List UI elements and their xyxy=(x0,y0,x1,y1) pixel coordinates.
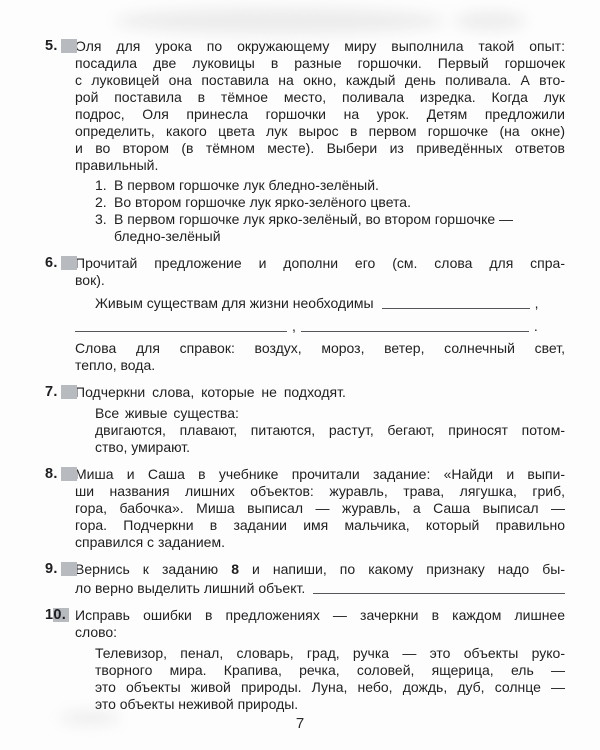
option-text-line: В первом горшочке лук ярко-зелёный, во в… xyxy=(114,211,565,228)
text-line: это объекты неживой природы. xyxy=(95,696,565,713)
option-text: Во втором горшочке лук ярко-зелёного цве… xyxy=(114,194,565,211)
text-line: гора. Подчеркни в задании имя мальчика, … xyxy=(75,517,565,534)
answer-options-list: 1. В первом горшочке лук бледно-зелёный.… xyxy=(75,177,565,245)
badge-highlight xyxy=(61,39,77,53)
text-line: Вернись к заданию 8 и напиши, по какому … xyxy=(75,561,565,578)
text-line: тепло, вода. xyxy=(75,357,565,374)
task-number-label: 5. xyxy=(45,38,58,54)
text-line: правильный. xyxy=(75,157,565,174)
task-6-body: Прочитай предложение и дополни его (см. … xyxy=(75,255,565,374)
text-line: гора, бабочка». Миша выписал — журавль, … xyxy=(75,500,565,517)
task-number-label: 10. xyxy=(45,607,66,623)
text-line: Миша и Саша в учебнике прочитали задание… xyxy=(75,466,565,483)
option-marker: 3. xyxy=(95,211,114,245)
task-number-label: 6. xyxy=(45,255,58,271)
sentence-text: Живым существам для жизни необходимы xyxy=(95,295,374,312)
option-marker: 1. xyxy=(95,177,114,194)
page-content: 5. Оля для урока по окружающему миру вып… xyxy=(45,38,565,723)
fill-in-line: ло верно выделить лишний объект. xyxy=(75,578,565,597)
text-line: Слова для справок: воздух, мороз, ветер,… xyxy=(75,340,565,357)
option-text: В первом горшочке лук ярко-зелёный, во в… xyxy=(114,211,565,245)
task-7-number: 7. xyxy=(45,384,75,456)
task-5: 5. Оля для урока по окружающему миру вып… xyxy=(45,38,565,245)
text-line: Все живые существа: xyxy=(95,405,565,422)
task-number-label: 9. xyxy=(45,561,58,577)
task-5-body: Оля для урока по окружающему миру выполн… xyxy=(75,38,565,245)
page-number: 7 xyxy=(0,715,600,732)
task-6-number: 6. xyxy=(45,255,75,374)
task-number-label: 8. xyxy=(45,466,58,482)
text-line: определить, какого цвета лук вырос в пер… xyxy=(75,123,565,140)
task-9: 9. Вернись к заданию 8 и напиши, по како… xyxy=(45,561,565,597)
text-line: Подчеркни слова, которые не подходят. xyxy=(75,384,565,401)
task-8-body: Миша и Саша в учебнике прочитали задание… xyxy=(75,466,565,551)
text-line: рой поставила в тёмное место, поливала и… xyxy=(75,89,565,106)
badge-highlight xyxy=(61,256,77,270)
text-line: ство, умирают. xyxy=(95,439,565,456)
reference-words: Слова для справок: воздух, мороз, ветер,… xyxy=(75,340,565,374)
task-8-number: 8. xyxy=(45,466,75,551)
text-line: вок). xyxy=(75,272,565,289)
task-number-label: 7. xyxy=(45,384,58,400)
text-line: и во втором (в тёмном месте). Выбери из … xyxy=(75,140,565,157)
task-10: 10. Исправь ошибки в предложениях — заче… xyxy=(45,607,565,713)
text-line: ши названия лишних объектов: журавль, тр… xyxy=(75,483,565,500)
sentence-text: ло верно выделить лишний объект. xyxy=(75,580,305,597)
scan-bleedthrough-smudge xyxy=(115,8,445,34)
text-line: творного мира. Крапива, речка, соловей, … xyxy=(95,662,565,679)
answer-option-1: 1. В первом горшочке лук бледно-зелёный. xyxy=(95,177,565,194)
punctuation: . xyxy=(534,318,538,335)
answer-blank xyxy=(313,590,565,594)
text-line: подрос, Оля принесла горшочки на урок. Д… xyxy=(75,106,565,123)
task-6: 6. Прочитай предложение и дополни его (с… xyxy=(45,255,565,374)
task-8: 8. Миша и Саша в учебнике прочитали зада… xyxy=(45,466,565,551)
text-line: с луковицей она поставила на окно, кажды… xyxy=(75,72,565,89)
sentence-text: Вернись к заданию xyxy=(75,561,231,577)
task-7-body: Подчеркни слова, которые не подходят. Вс… xyxy=(75,384,565,456)
text-line: Исправь ошибки в предложениях — зачеркни… xyxy=(75,607,565,624)
answer-blank xyxy=(301,328,529,332)
option-marker: 2. xyxy=(95,194,114,211)
task-9-body: Вернись к заданию 8 и напиши, по какому … xyxy=(75,561,565,597)
text-line: посадила две луковицы в разные горшочки.… xyxy=(75,55,565,72)
text-line: справился с заданием. xyxy=(75,534,565,551)
text-line: это объекты живой природы. Луна, небо, д… xyxy=(95,679,565,696)
answer-blank xyxy=(382,305,530,309)
task-7-word-list: Все живые существа: двигаются, плавают, … xyxy=(75,405,565,456)
task-10-body: Исправь ошибки в предложениях — зачеркни… xyxy=(75,607,565,713)
bold-task-reference: 8 xyxy=(231,561,239,577)
task-5-number: 5. xyxy=(45,38,75,245)
task-9-number: 9. xyxy=(45,561,75,597)
text-line: слово: xyxy=(75,624,565,641)
answer-option-2: 2. Во втором горшочке лук ярко-зелёного … xyxy=(95,194,565,211)
task-7: 7. Подчеркни слова, которые не подходят.… xyxy=(45,384,565,456)
sentence-text: и напиши, по какому признаку надо бы- xyxy=(239,561,565,577)
text-line: Оля для урока по окружающему миру выполн… xyxy=(75,38,565,55)
option-text-line: бледно-зелёный xyxy=(114,228,565,245)
fill-in-sentence-line-2: , . xyxy=(75,316,565,335)
text-line: двигаются, плавают, питаются, растут, бе… xyxy=(95,422,565,439)
text-line: Прочитай предложение и дополни его (см. … xyxy=(75,255,565,272)
fill-in-sentence-line-1: Живым существам для жизни необходимы , xyxy=(75,293,565,312)
task-10-sentences: Телевизор, пенал, словарь, град, ручка —… xyxy=(75,645,565,713)
badge-highlight xyxy=(61,467,77,481)
badge-highlight xyxy=(61,562,77,576)
punctuation: , xyxy=(535,295,539,312)
answer-option-3: 3. В первом горшочке лук ярко-зелёный, в… xyxy=(95,211,565,245)
task-10-number: 10. xyxy=(45,607,75,713)
scan-bleedthrough-smudge xyxy=(455,12,525,30)
punctuation: , xyxy=(292,318,296,335)
answer-blank xyxy=(75,328,287,332)
option-text: В первом горшочке лук бледно-зелёный. xyxy=(114,177,565,194)
text-line: Телевизор, пенал, словарь, град, ручка —… xyxy=(95,645,565,662)
scanned-workbook-page: 5. Оля для урока по окружающему миру вып… xyxy=(0,0,600,750)
badge-highlight xyxy=(61,385,77,399)
